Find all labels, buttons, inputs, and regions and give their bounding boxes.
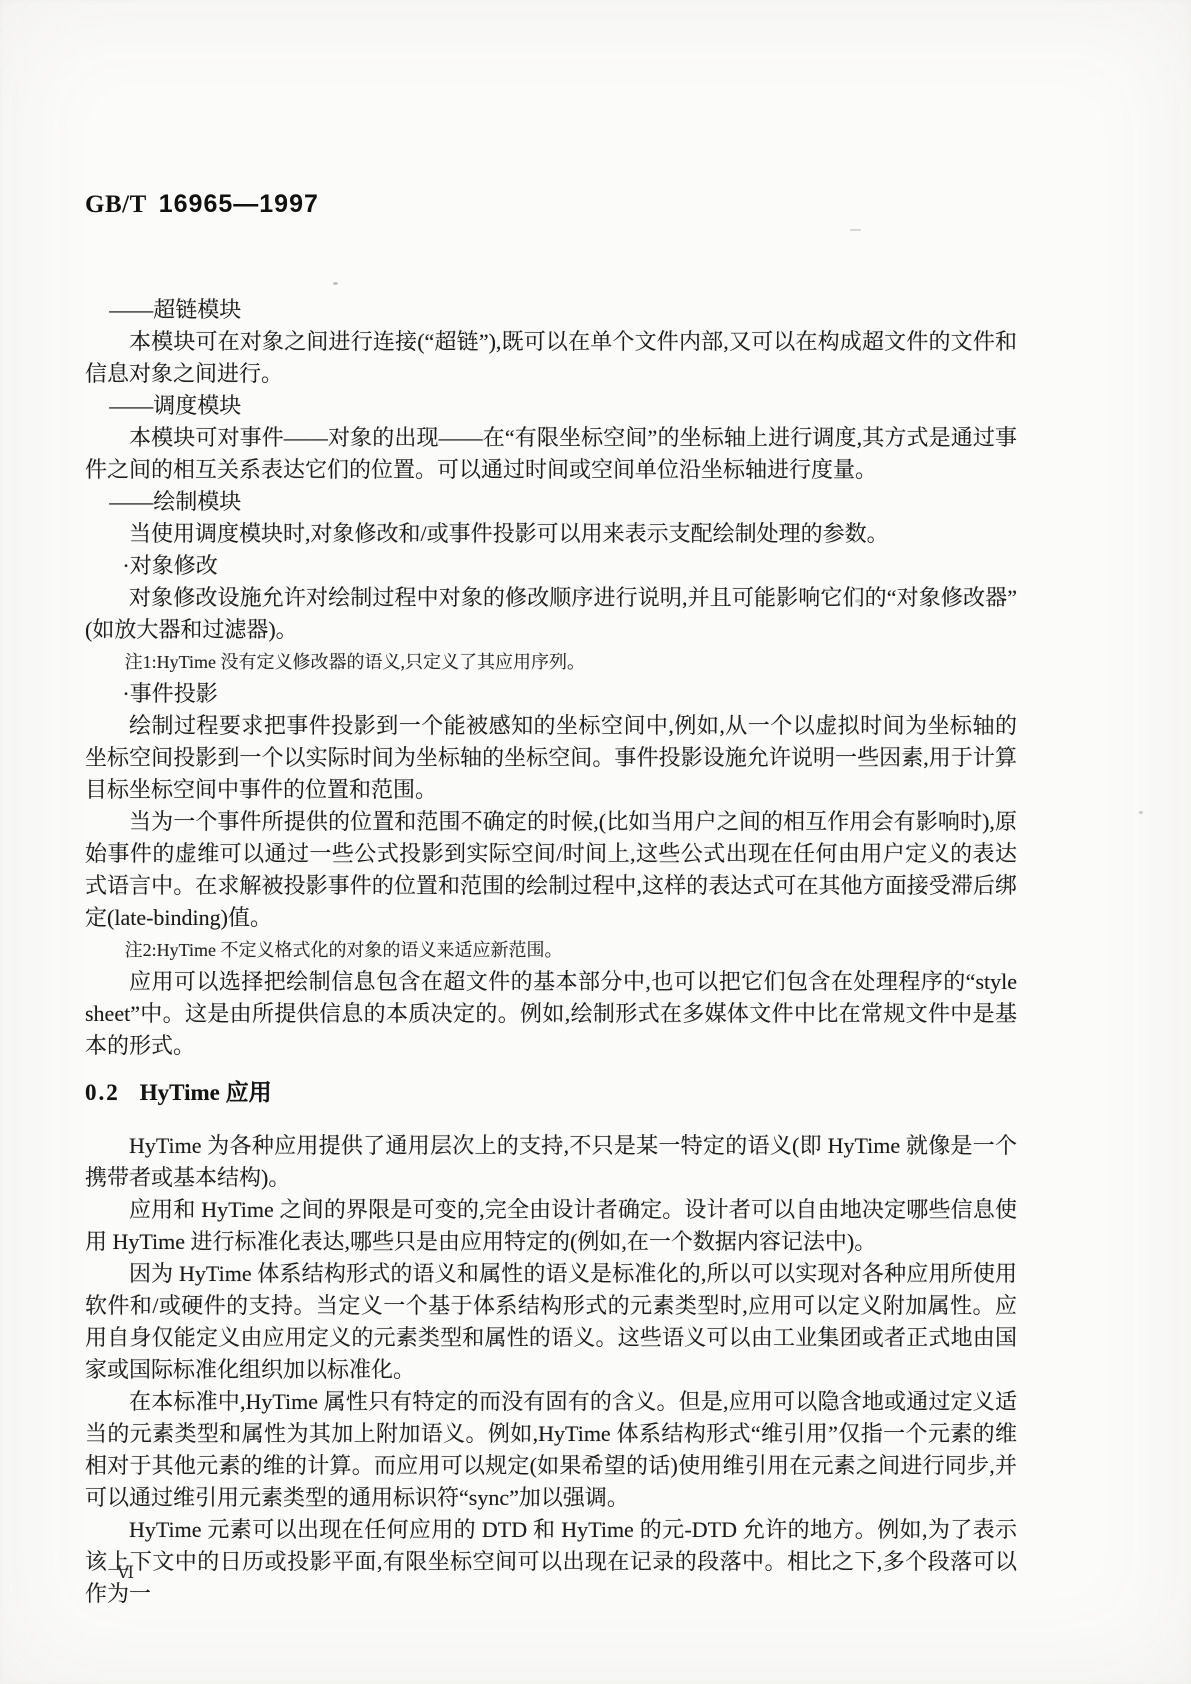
scan-speck [855,599,861,603]
paragraph: HyTime 元素可以出现在任何应用的 DTD 和 HyTime 的元-DTD … [85,1514,1017,1610]
paragraph: 应用可以选择把绘制信息包含在超文件的基本部分中,也可以把它们包含在处理程序的“s… [85,966,1017,1062]
bullet-list-item: ·对象修改 [85,550,1017,582]
section-number: 0.2 [85,1080,120,1105]
standard-code-prefix: GB/T [85,191,147,218]
paragraph: 因为 HyTime 体系结构形式的语义和属性的语义是标准化的,所以可以实现对各种… [85,1258,1017,1386]
paragraph: 本模块可在对象之间进行连接(“超链”),既可以在单个文件内部,又可以在构成超文件… [85,326,1017,390]
scan-speck [1139,811,1143,814]
dash-list-item: ——超链模块 [85,294,1017,326]
paragraph: 在本标准中,HyTime 属性只有特定的而没有固有的含义。但是,应用可以隐含地或… [85,1386,1017,1514]
note-line: 注1:HyTime 没有定义修改器的语义,只定义了其应用序列。 [85,646,1017,678]
page-number: Ⅵ [117,1563,135,1583]
document-body: ——超链模块 本模块可在对象之间进行连接(“超链”),既可以在单个文件内部,又可… [85,294,1017,1610]
paragraph: HyTime 为各种应用提供了通用层次上的支持,不只是某一特定的语义(即 HyT… [85,1130,1017,1194]
scan-speck [850,229,861,231]
standard-code-number: 16965—1997 [159,190,319,218]
paragraph: 当使用调度模块时,对象修改和/或事件投影可以用来表示支配绘制处理的参数。 [85,518,1017,550]
dash-list-item: ——调度模块 [85,390,1017,422]
bullet-list-item: ·事件投影 [85,678,1017,710]
paragraph: 应用和 HyTime 之间的界限是可变的,完全由设计者确定。设计者可以自由地决定… [85,1194,1017,1258]
section-title: HyTime 应用 [140,1080,272,1105]
paragraph: 本模块可对事件——对象的出现——在“有限坐标空间”的坐标轴上进行调度,其方式是通… [85,422,1017,486]
section-heading: 0.2HyTime 应用 [85,1077,1017,1109]
dash-list-item: ——绘制模块 [85,486,1017,518]
note-line: 注2:HyTime 不定义格式化的对象的语义来适应新范围。 [85,934,1017,966]
paragraph: 对象修改设施允许对绘制过程中对象的修改顺序进行说明,并且可能影响它们的“对象修改… [85,582,1017,646]
scanned-document-page: GB/T16965—1997 ——超链模块 本模块可在对象之间进行连接(“超链”… [0,0,1191,1684]
scan-speck [333,282,338,285]
paragraph: 当为一个事件所提供的位置和范围不确定的时候,(比如当用户之间的相互作用会有影响时… [85,806,1017,934]
page-header: GB/T16965—1997 [85,190,319,219]
paragraph: 绘制过程要求把事件投影到一个能被感知的坐标空间中,例如,从一个以虚拟时间为坐标轴… [85,710,1017,806]
